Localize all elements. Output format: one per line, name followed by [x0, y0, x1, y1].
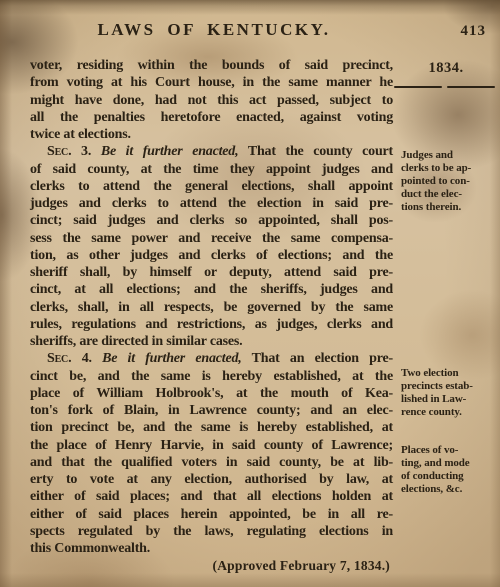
text-line: erty to vote at any election, authorised… — [30, 471, 393, 488]
margin-note-line: rence county. — [401, 406, 498, 419]
text-segment: Be it further enacted, — [102, 351, 241, 366]
text-line: tion precinct be, and the same is hereby… — [30, 419, 393, 436]
text-line: this Commonwealth. — [30, 540, 393, 557]
margin-note-line: ting, and mode — [401, 457, 498, 470]
text-line: clerks, shall, in all respects, be gover… — [30, 299, 393, 316]
book-page: LAWS OF KENTUCKY. 413 1834. voter, resid… — [0, 0, 500, 587]
margin-note: Places of vo-ting, and modeof conducting… — [401, 444, 498, 496]
margin-note-line: lished in Law- — [401, 393, 498, 406]
text-line: rules, regulations and restrictions, as … — [30, 316, 393, 333]
page-number: 413 — [461, 23, 487, 40]
text-line: the place of Henry Harvie, in said count… — [30, 437, 393, 454]
text-line: place of William Holbrook's, at the mout… — [30, 385, 393, 402]
margin-note-line: elections, &c. — [401, 483, 498, 496]
approval-line: (Approved February 7, 1834.) — [30, 558, 400, 574]
text-line: sheriffs, are directed in similar cases. — [30, 333, 393, 350]
text-line: cinct; said judges and clerks so appoint… — [30, 212, 393, 229]
year-divider-rule — [394, 86, 498, 104]
margin-note-line: of conducting — [401, 470, 498, 483]
text-line: spects regulated by the laws, regulating… — [30, 523, 393, 540]
text-line: might have done, had not this act passed… — [30, 92, 393, 109]
text-segment: 3. — [71, 144, 100, 159]
margin-note-line: pointed to con- — [401, 175, 498, 188]
text-line: clerks to attend the general elections, … — [30, 178, 393, 195]
text-line: Sec. 3. Be it further enacted, That the … — [30, 143, 393, 160]
text-segment: That an election pre- — [242, 351, 393, 366]
page-title: LAWS OF KENTUCKY. — [30, 20, 392, 40]
rule-segment — [447, 86, 495, 88]
text-line: cinct be, and the same is hereby establi… — [30, 368, 393, 385]
margin-note-line: duct the elec- — [401, 188, 498, 201]
text-line: sheriff shall, by himself or deputy, att… — [30, 264, 393, 281]
text-segment: Sec. — [47, 351, 71, 366]
text-line: either of said places; and that all elec… — [30, 488, 393, 505]
margin-year-label: 1834. — [402, 60, 490, 77]
margin-note-line: Two election — [401, 367, 498, 380]
margin-note-line: Places of vo- — [401, 444, 498, 457]
text-line: voter, residing within the bounds of sai… — [30, 57, 393, 74]
margin-note: Judges andclerks to be ap-pointed to con… — [401, 149, 498, 214]
rule-segment — [394, 86, 442, 88]
text-line: Sec. 4. Be it further enacted, That an e… — [30, 350, 393, 367]
text-line: judges and clerks to attend the election… — [30, 195, 393, 212]
text-line: either of said places herein appointed, … — [30, 506, 393, 523]
text-line: tion, as other judges and clerks of elec… — [30, 247, 393, 264]
text-segment: 4. — [71, 351, 102, 366]
text-segment: That the county court — [238, 144, 393, 159]
text-line: all the penalties heretofore enacted, ag… — [30, 109, 393, 126]
margin-note: Two electionprecincts estab-lished in La… — [401, 367, 498, 419]
margin-note-line: precincts estab- — [401, 380, 498, 393]
text-line: sess the same power and receive the same… — [30, 230, 393, 247]
body-text: voter, residing within the bounds of sai… — [30, 57, 393, 557]
margin-note-line: clerks to be ap- — [401, 162, 498, 175]
margin-note-line: tions therein. — [401, 201, 498, 214]
margin-note-line: Judges and — [401, 149, 498, 162]
text-line: cinct, at all elections; and the sheriff… — [30, 281, 393, 298]
text-segment: Sec. — [47, 144, 71, 159]
text-line: of said county, at the time they appoint… — [30, 161, 393, 178]
text-line: and that the qualified voters in said co… — [30, 454, 393, 471]
text-line: ton's fork of Blain, in Lawrence county;… — [30, 402, 393, 419]
text-segment: Be it further enacted, — [101, 144, 239, 159]
text-line: twice at elections. — [30, 126, 393, 143]
text-line: from voting at his Court house, in the s… — [30, 74, 393, 91]
